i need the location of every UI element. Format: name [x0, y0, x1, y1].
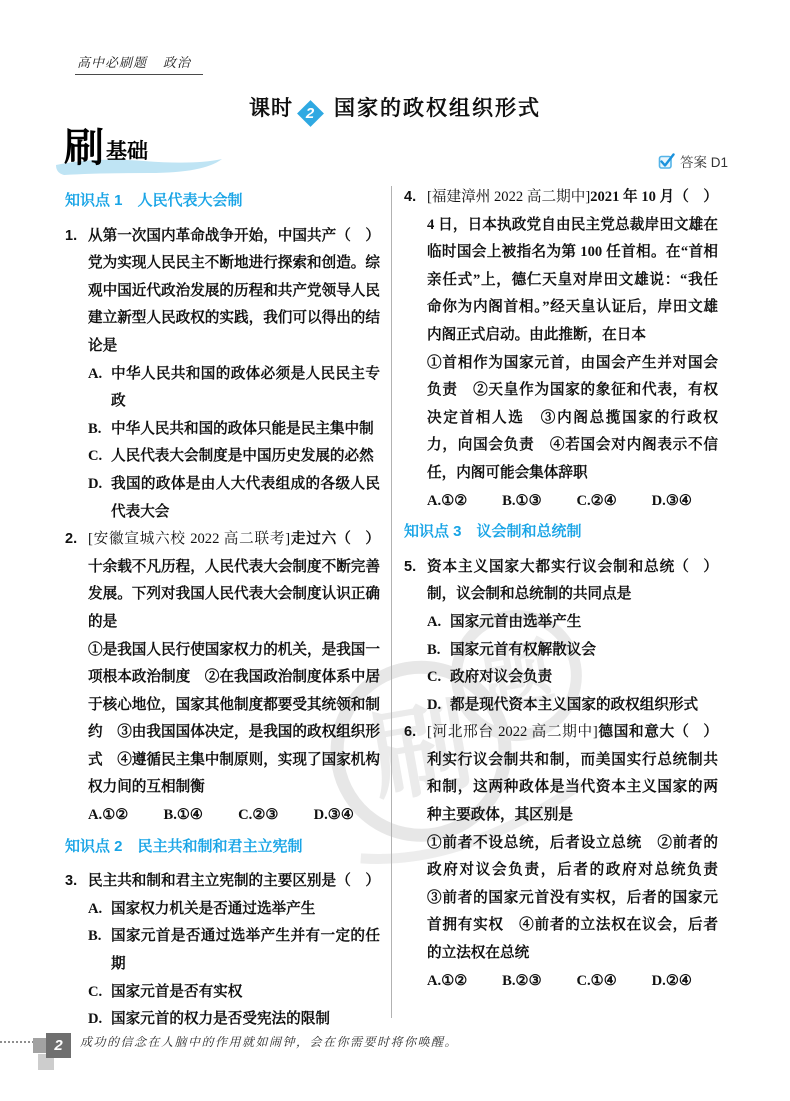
- lesson-prefix: 课时: [249, 96, 293, 120]
- option-text: 政府对议会负责: [450, 669, 552, 685]
- option-label: C.: [88, 979, 102, 1007]
- column-right: 4.[福建漳州 2022 高二期中]（ ）2021 年 10 月 4 日，日本执…: [404, 184, 718, 1036]
- question-number: 6.: [404, 719, 416, 747]
- book-title: 高中必刷题: [77, 55, 147, 70]
- question-block: 1.（ ）从第一次国内革命战争开始，中国共产党为实现人民民主不断地进行探索和创造…: [65, 223, 380, 527]
- answer-reference-label: 答案 D1: [680, 151, 728, 171]
- question-number: 3.: [65, 868, 77, 896]
- option-text: 中华人民共和国的政体只能是民主集中制: [111, 421, 374, 437]
- question-stem: （ ）从第一次国内革命战争开始，中国共产党为实现人民民主不断地进行探索和创造。综…: [88, 223, 380, 361]
- option-label: A.: [427, 609, 441, 637]
- option-label: C.: [427, 664, 441, 692]
- question-stem: [福建漳州 2022 高二期中]（ ）2021 年 10 月 4 日，日本执政党…: [427, 184, 718, 350]
- option-item: B.国家元首有权解散议会: [427, 637, 718, 665]
- choice-item: B.②③: [502, 968, 542, 996]
- question-block: 6.[河北邢台 2022 高二期中]（ ）德国和意大利实行议会制共和制，而美国实…: [404, 719, 718, 995]
- option-text: 国家元首由选举产生: [450, 614, 581, 630]
- choice-item: D.②④: [652, 968, 692, 996]
- knowledge-point: 知识点 2民主共和制和君主立宪制: [65, 833, 380, 861]
- knowledge-point-label: 知识点 1: [65, 192, 123, 209]
- answer-parentheses: （ ）: [674, 719, 718, 747]
- question-number: 4.: [404, 184, 416, 212]
- choice-item: B.①③: [502, 488, 542, 516]
- choice-item: B.①④: [163, 802, 203, 830]
- question-number: 5.: [404, 554, 416, 582]
- knowledge-point-title: 议会制和总统制: [477, 523, 582, 540]
- choice-row: A.①②B.②③C.①④D.②④: [427, 968, 718, 996]
- option-text: 国家元首有权解散议会: [450, 642, 596, 658]
- option-label: B.: [88, 416, 101, 444]
- column-divider: [391, 186, 392, 1018]
- answer-parentheses: （ ）: [336, 868, 380, 896]
- lesson-number-diamond-icon: 2: [297, 100, 324, 127]
- question-stem-text: 民主共和制和君主立宪制的主要区别是: [88, 873, 336, 889]
- answer-parentheses: （ ）: [336, 526, 380, 554]
- book-header: 高中必刷题政治: [75, 52, 203, 75]
- knowledge-point: 知识点 3议会制和总统制: [404, 518, 718, 546]
- workbook-page: 高中必刷题政治 课时2国家的政权组织形式 刷基础 答案 D1 刷 题 知识点 1…: [0, 0, 790, 1101]
- question-block: 4.[福建漳州 2022 高二期中]（ ）2021 年 10 月 4 日，日本执…: [404, 184, 718, 515]
- question-stem: （ ）民主共和制和君主立宪制的主要区别是: [88, 868, 380, 896]
- question-stem: [安徽宣城六校 2022 高二联考]（ ）走过六十余载不凡历程，人民代表大会制度…: [88, 526, 380, 636]
- question-stem-text: 2021 年 10 月 4 日，日本执政党自由民主党总裁岸田文雄在临时国会上被指…: [427, 189, 718, 343]
- option-label: D.: [88, 471, 102, 499]
- question-subitems: ①首相作为国家元首，由国会产生并对国会负责 ②天皇作为国家的象征和代表，有权决定…: [427, 350, 718, 488]
- lesson-title-text: 国家的政权组织形式: [334, 96, 541, 120]
- knowledge-point-label: 知识点 3: [404, 523, 462, 540]
- option-text: 国家元首是否有实权: [111, 984, 242, 1000]
- knowledge-point-title: 民主共和制和君主立宪制: [138, 838, 303, 855]
- option-item: C.政府对议会负责: [427, 664, 718, 692]
- section-badge-main: 刷: [64, 126, 104, 170]
- question-block: 3.（ ）民主共和制和君主立宪制的主要区别是A.国家权力机关是否通过选举产生B.…: [65, 868, 380, 1034]
- section-badge: 刷基础: [64, 128, 146, 168]
- option-label: B.: [88, 923, 101, 951]
- option-label: D.: [88, 1006, 102, 1034]
- content-columns: 知识点 1人民代表大会制1.（ ）从第一次国内革命战争开始，中国共产党为实现人民…: [65, 184, 719, 1036]
- question-number: 2.: [65, 526, 77, 554]
- answer-parentheses: （ ）: [336, 223, 380, 251]
- page-number-badge: 2: [46, 1033, 71, 1058]
- choice-row: A.①②B.①③C.②④D.③④: [427, 488, 718, 516]
- option-label: B.: [427, 637, 440, 665]
- option-text: 都是现代资本主义国家的政权组织形式: [450, 697, 698, 713]
- choice-item: A.①②: [427, 488, 467, 516]
- choice-item: A.①②: [427, 968, 467, 996]
- option-item: A.国家权力机关是否通过选举产生: [88, 896, 380, 924]
- option-item: C.国家元首是否有实权: [88, 979, 380, 1007]
- option-text: 我国的政体是由人大代表组成的各级人民代表大会: [111, 476, 380, 520]
- knowledge-point-label: 知识点 2: [65, 838, 123, 855]
- choice-row: A.①②B.①④C.②③D.③④: [88, 802, 380, 830]
- option-item: B.中华人民共和国的政体只能是民主集中制: [88, 416, 380, 444]
- option-text: 国家元首的权力是否受宪法的限制: [111, 1011, 330, 1027]
- knowledge-point: 知识点 1人民代表大会制: [65, 187, 380, 215]
- question-number: 1.: [65, 223, 77, 251]
- option-text: 中华人民共和国的政体必须是人民民主专政: [111, 366, 380, 410]
- option-text: 国家元首是否通过选举产生并有一定的任期: [111, 928, 380, 972]
- question-block: 5.（ ）资本主义国家大都实行议会制和总统制，议会制和总统制的共同点是A.国家元…: [404, 554, 718, 720]
- option-text: 人民代表大会制度是中国历史发展的必然: [111, 448, 374, 464]
- question-source: [安徽宣城六校 2022 高二联考]: [88, 531, 290, 547]
- option-item: D.都是现代资本主义国家的政权组织形式: [427, 692, 718, 720]
- choice-item: C.②③: [238, 802, 278, 830]
- option-label: A.: [88, 896, 102, 924]
- column-left: 知识点 1人民代表大会制1.（ ）从第一次国内革命战争开始，中国共产党为实现人民…: [65, 184, 380, 1036]
- option-item: C.人民代表大会制度是中国历史发展的必然: [88, 443, 380, 471]
- checkbox-check-icon: [658, 153, 675, 169]
- option-item: A.国家元首由选举产生: [427, 609, 718, 637]
- section-badge-sub: 基础: [106, 140, 148, 163]
- option-label: D.: [427, 692, 441, 720]
- option-item: D.国家元首的权力是否受宪法的限制: [88, 1006, 380, 1034]
- question-stem: （ ）资本主义国家大都实行议会制和总统制，议会制和总统制的共同点是: [427, 554, 718, 609]
- answer-reference: 答案 D1: [658, 151, 728, 171]
- option-label: A.: [88, 361, 102, 389]
- choice-item: C.②④: [576, 488, 616, 516]
- answer-parentheses: （ ）: [674, 554, 718, 582]
- option-item: D.我国的政体是由人大代表组成的各级人民代表大会: [88, 471, 380, 526]
- knowledge-point-title: 人民代表大会制: [138, 192, 243, 209]
- question-subitems: ①前者不设总统，后者设立总统 ②前者的政府对议会负责，后者的政府对总统负责 ③前…: [427, 830, 718, 968]
- question-block: 2.[安徽宣城六校 2022 高二联考]（ ）走过六十余载不凡历程，人民代表大会…: [65, 526, 380, 830]
- subject-label: 政治: [163, 55, 191, 70]
- question-subitems: ①是我国人民行使国家权力的机关，是我国一项根本政治制度 ②在我国政治制度体系中居…: [88, 637, 380, 803]
- choice-item: C.①④: [576, 968, 616, 996]
- option-item: A.中华人民共和国的政体必须是人民民主专政: [88, 361, 380, 416]
- option-item: B.国家元首是否通过选举产生并有一定的任期: [88, 923, 380, 978]
- question-source: [河北邢台 2022 高二期中]: [427, 724, 598, 740]
- answer-parentheses: （ ）: [674, 184, 718, 212]
- question-source: [福建漳州 2022 高二期中]: [427, 189, 590, 205]
- question-stem: [河北邢台 2022 高二期中]（ ）德国和意大利实行议会制共和制，而美国实行总…: [427, 719, 718, 829]
- choice-item: D.③④: [652, 488, 692, 516]
- question-stem-text: 资本主义国家大都实行议会制和总统制，议会制和总统制的共同点是: [427, 559, 674, 603]
- choice-item: D.③④: [314, 802, 354, 830]
- lesson-number: 2: [301, 104, 320, 123]
- lesson-title: 课时2国家的政权组织形式: [0, 92, 790, 122]
- option-label: C.: [88, 443, 102, 471]
- option-text: 国家权力机关是否通过选举产生: [111, 901, 315, 917]
- choice-item: A.①②: [88, 802, 128, 830]
